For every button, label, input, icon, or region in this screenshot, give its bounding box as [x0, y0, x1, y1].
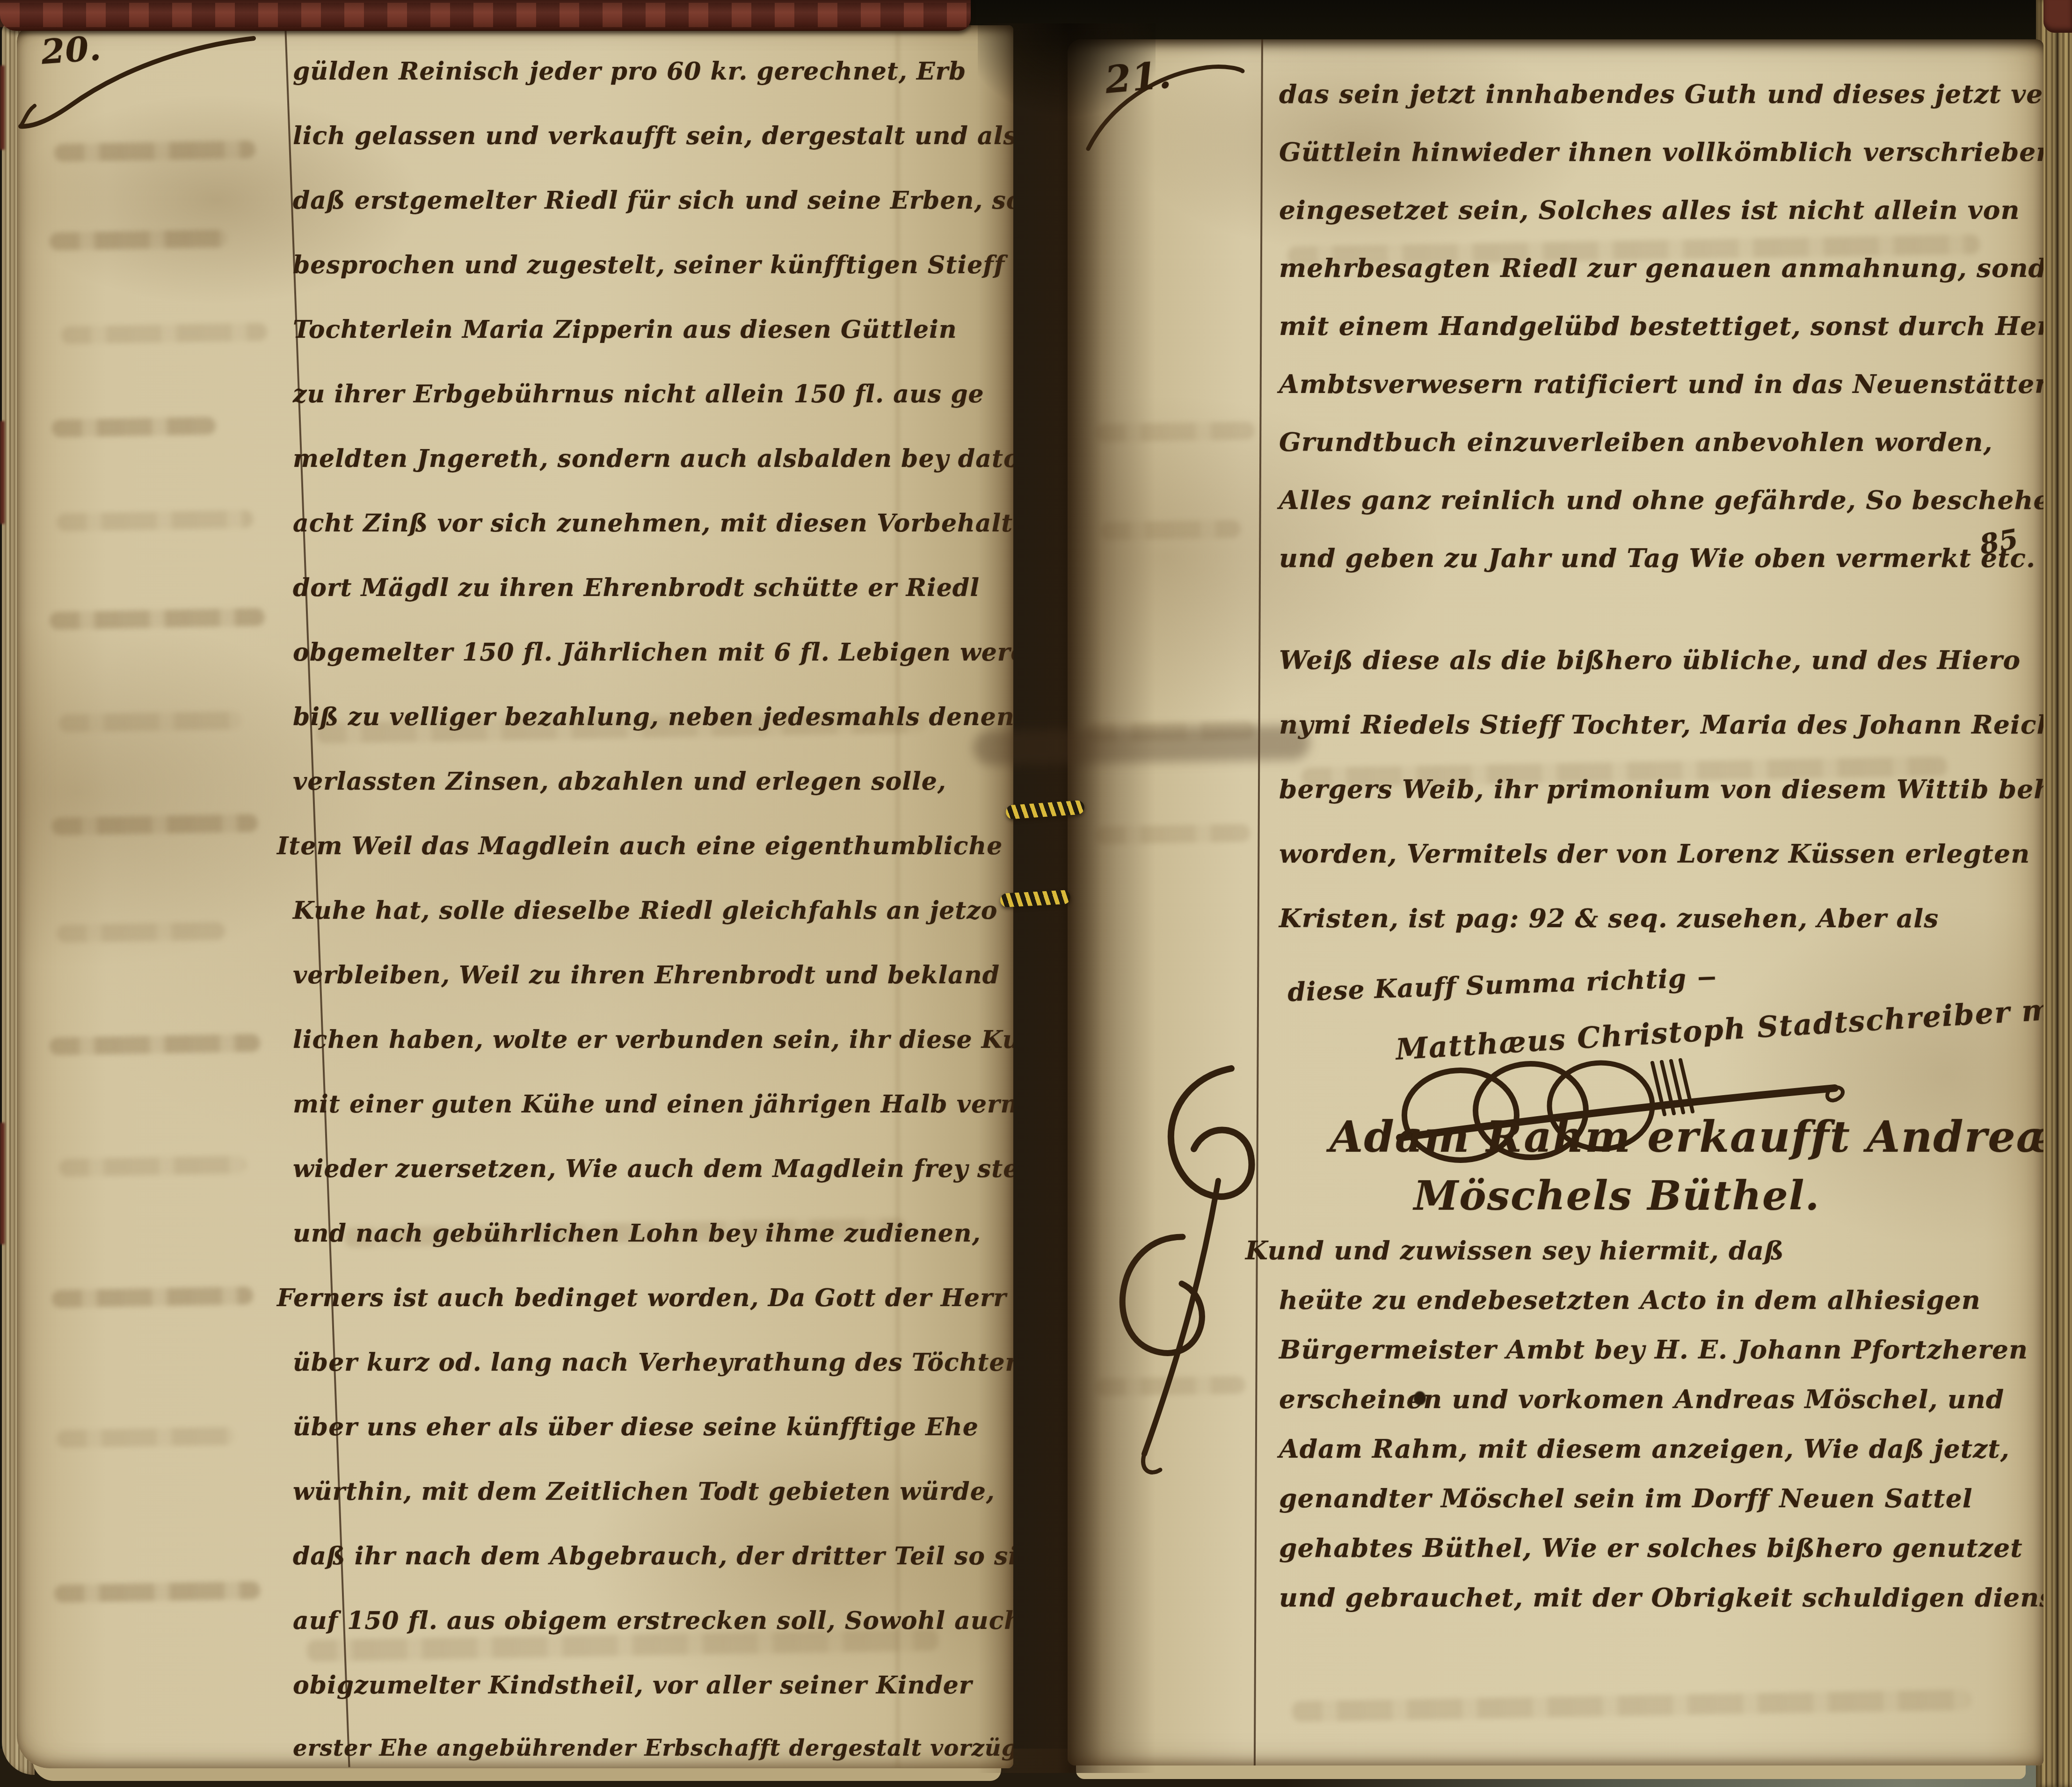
bleedthrough-mark	[54, 140, 256, 161]
manuscript-line: Güttlein hinwieder ihnen vollkömblich ve…	[1279, 137, 2043, 167]
margin-note: 85	[1977, 523, 2021, 560]
manuscript-line: verlassten Zinsen, abzahlen und erlegen …	[293, 766, 1013, 797]
manuscript-line: und gebrauchet, mit der Obrigkeit schuld…	[1279, 1582, 2043, 1613]
entry-heading-line2: Möschels Büthel.	[1414, 1172, 1820, 1220]
manuscript-line: acht Zinß vor sich zunehmen, mit diesen …	[293, 508, 1013, 539]
bleedthrough-mark	[57, 922, 225, 943]
bleedthrough-mark	[50, 230, 228, 251]
manuscript-line: Kuhe hat, solle dieselbe Riedl gleichfah…	[293, 895, 1013, 926]
bleedthrough-mark	[1292, 1689, 1971, 1722]
manuscript-line: Kristen, ist pag: 92 & seq. zusehen, Abe…	[1279, 903, 1939, 934]
initial-flourish	[1086, 1040, 1292, 1508]
manuscript-line: über uns eher als über diese seine künff…	[293, 1412, 1013, 1443]
ink-smudge	[973, 725, 1310, 766]
bleedthrough-mark	[57, 1427, 235, 1448]
manuscript-line: Tochterlein Maria Zipperin aus diesen Gü…	[293, 314, 1013, 345]
manuscript-line: das sein jetzt innhabendes Guth und dies…	[1279, 79, 2043, 109]
manuscript-line: biß zu velliger bezahlung, neben jedesma…	[293, 702, 1013, 733]
manuscript-line: zu ihrer Erbgebührnus nicht allein 150 f…	[293, 379, 1013, 410]
bleedthrough-mark	[52, 1286, 254, 1308]
manuscript-line: daß erstgemelter Riedl für sich und sein…	[293, 185, 1013, 216]
cover-edge-left	[0, 1123, 5, 1244]
ink-blot	[1414, 1391, 1426, 1405]
manuscript-line: Ferners ist auch bedinget worden, Da Got…	[277, 1283, 997, 1314]
bleedthrough-mark	[52, 417, 216, 437]
manuscript-photo: 20. gülden Reinisch jeder pro 60 kr. ger…	[0, 0, 2072, 1787]
manuscript-line: gehabtes Büthel, Wie er solches bißhero …	[1279, 1533, 2023, 1563]
bleedthrough-mark	[59, 1156, 247, 1177]
page-number-right: 21.	[1103, 52, 1173, 102]
bleedthrough-mark	[1096, 421, 1255, 442]
cover-edge-left	[0, 421, 5, 524]
manuscript-line: Bürgermeister Ambt bey H. E. Johann Pfor…	[1279, 1334, 2028, 1365]
bleedthrough-mark	[1096, 824, 1250, 844]
manuscript-line: würthin, mit dem Zeitlichen Todt gebiete…	[293, 1476, 1013, 1507]
bleedthrough-mark	[61, 323, 268, 344]
manuscript-line: Item Weil das Magdlein auch eine eigenth…	[277, 831, 997, 862]
binding-thread	[1000, 890, 1070, 908]
leather-cover-corner	[2043, 0, 2072, 33]
manuscript-line: Weiß diese als die bißhero übliche, und …	[1279, 645, 2021, 676]
manuscript-line: lich gelassen und verkaufft sein, derges…	[293, 121, 1013, 152]
bleedthrough-mark	[59, 712, 242, 733]
manuscript-line: gülden Reinisch jeder pro 60 kr. gerechn…	[293, 56, 1013, 87]
manuscript-line: lichen haben, wolte er verbunden sein, i…	[293, 1024, 1013, 1055]
bleedthrough-mark	[50, 1034, 261, 1055]
cover-edge-left	[0, 65, 5, 150]
bleedthrough-mark	[50, 608, 265, 630]
manuscript-line: mehrbesagten Riedl zur genauen anmahnung…	[1279, 253, 2043, 283]
manuscript-line: verbleiben, Weil zu ihren Ehrenbrodt und…	[293, 960, 1013, 991]
manuscript-line: Grundtbuch einzuverleiben anbevohlen wor…	[1279, 427, 1993, 458]
manuscript-line: Adam Rahm, mit diesem anzeigen, Wie daß …	[1279, 1433, 2010, 1464]
manuscript-line: dort Mägdl zu ihren Ehrenbrodt schütte e…	[293, 573, 1013, 603]
bleedthrough-mark	[52, 814, 258, 835]
bleedthrough-mark	[54, 1581, 261, 1603]
manuscript-line: Alles ganz reinlich und ohne gefährde, S…	[1279, 485, 2043, 516]
manuscript-line: daß ihr nach dem Abgebrauch, der dritter…	[293, 1541, 1013, 1572]
manuscript-line: worden, Vermitels der von Lorenz Küssen …	[1279, 838, 2030, 869]
manuscript-line: erscheinen und vorkomen Andreas Möschel,…	[1279, 1384, 2004, 1415]
page-stack-crease	[2055, 0, 2059, 1787]
left-page: 20. gülden Reinisch jeder pro 60 kr. ger…	[17, 25, 1013, 1768]
manuscript-line: besprochen und zugestelt, seiner künffti…	[293, 250, 1013, 281]
bleedthrough-mark	[57, 510, 254, 531]
bleedthrough-mark	[1100, 520, 1241, 540]
manuscript-line: obigzumelter Kindstheil, vor aller seine…	[293, 1670, 1013, 1701]
manuscript-line: über kurz od. lang nach Verheyrathung de…	[293, 1347, 1013, 1378]
manuscript-line: bergers Weib, ihr primonium von diesem W…	[1279, 774, 2043, 805]
manuscript-line: mit einer guten Kühe und einen jährigen …	[293, 1089, 1013, 1120]
entry-heading-line1: Adam Rahm erkaufft Andreæ	[1330, 1111, 2043, 1162]
manuscript-line: obgemelter 150 fl. Jährlichen mit 6 fl. …	[293, 637, 1013, 668]
manuscript-line: Ambtsverwesern ratificiert und in das Ne…	[1279, 369, 2043, 400]
manuscript-line: erster Ehe angebührender Erbschafft derg…	[293, 1733, 1013, 1764]
manuscript-line: wieder zuersetzen, Wie auch dem Magdlein…	[293, 1154, 1013, 1184]
manuscript-line: genandter Möschel sein im Dorff Neuen Sa…	[1279, 1483, 1973, 1514]
manuscript-line: und nach gebührlichen Lohn bey ihme zudi…	[293, 1218, 1013, 1249]
right-page: 21. das sein jetzt innhabendes Guth und …	[1068, 39, 2043, 1765]
leather-texture	[0, 3, 971, 27]
manuscript-line: nymi Riedels Stieff Tochter, Maria des J…	[1279, 709, 2043, 740]
manuscript-line: eingesetzet sein, Solches alles ist nich…	[1279, 195, 2020, 225]
manuscript-line: meldten Jngereth, sondern auch alsbalden…	[293, 443, 1013, 474]
manuscript-line: heüte zu endebesetzten Acto in dem alhie…	[1279, 1285, 1981, 1315]
closing-line: diese Kauff Summa richtig −	[1287, 962, 1718, 1007]
page-number-left: 20.	[40, 28, 102, 72]
manuscript-line: auf 150 fl. aus obigem erstrecken soll, …	[293, 1605, 1013, 1636]
manuscript-line: Kund und zuwissen sey hiermit, daß	[1245, 1235, 1784, 1266]
manuscript-line: und geben zu Jahr und Tag Wie oben verme…	[1279, 543, 2036, 574]
manuscript-line: mit einem Handgelübd bestettiget, sonst …	[1279, 311, 2043, 341]
